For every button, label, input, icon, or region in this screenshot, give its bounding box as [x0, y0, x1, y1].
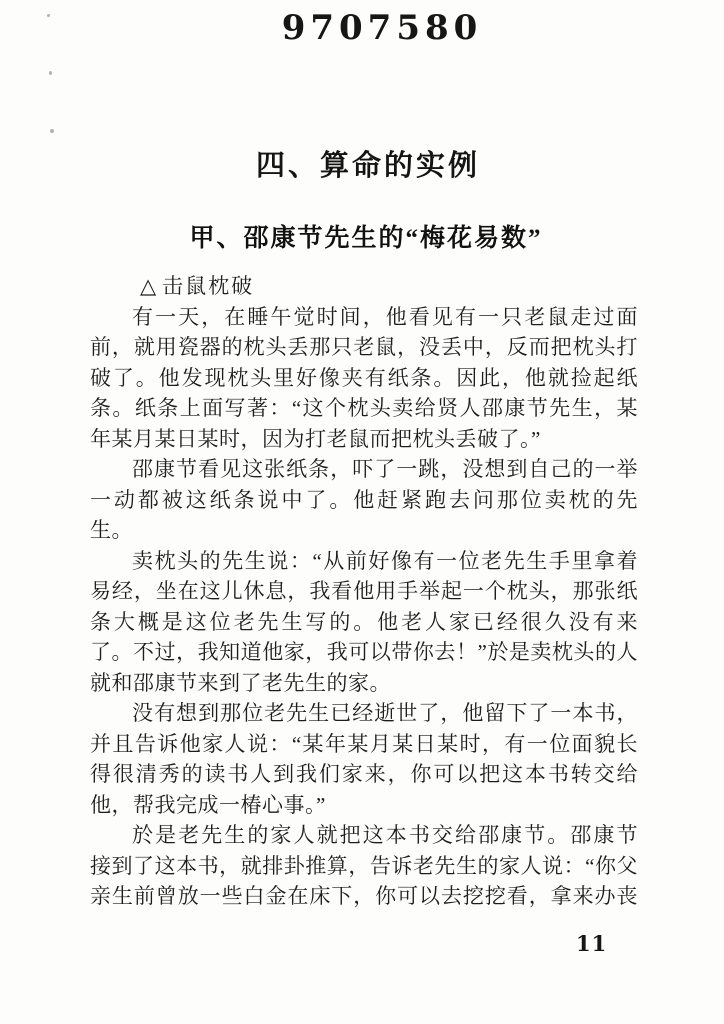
library-stamp-number: 9707580 — [0, 8, 724, 48]
paragraph: 有一天，在睡午觉时间，他看见有一只老鼠走过面前，就用瓷器的枕头丢那只老鼠，没丢中… — [90, 302, 638, 455]
text-line: 卖枕头的先生说：“从前好像有一位老先生手里拿着 — [90, 546, 638, 577]
scan-speck — [50, 129, 54, 133]
paragraph: 邵康节看见这张纸条，吓了一跳，没想到自己的一举一动都被这纸条说中了。他赶紧跑去问… — [90, 454, 638, 546]
text-line: 没有想到那位老先生已经逝世了，他留下了一本书， — [90, 698, 638, 729]
text-line: 前，就用瓷器的枕头丢那只老鼠，没丢中，反而把枕头打 — [90, 332, 638, 363]
text-line: 条大概是这位老先生写的。他老人家已经很久没有来 — [90, 607, 638, 638]
text-line: 生。 — [90, 515, 638, 546]
text-line: 邵康节看见这张纸条，吓了一跳，没想到自己的一举 — [90, 454, 638, 485]
text-line: 一动都被这纸条说中了。他赶紧跑去问那位卖枕的先 — [90, 485, 638, 516]
text-line: 接到了这本书，就排卦推算，告诉老先生的家人说：“你父 — [90, 851, 638, 882]
text-line: 条。纸条上面写著：“这个枕头卖给贤人邵康节先生，某 — [90, 393, 638, 424]
body-text-column: △击鼠枕破 有一天，在睡午觉时间，他看见有一只老鼠走过面前，就用瓷器的枕头丢那只… — [90, 271, 638, 912]
text-line: 年某月某日某时，因为打老鼠而把枕头丢破了。” — [90, 424, 638, 455]
section-title: 甲、邵康节先生的“梅花易数” — [0, 218, 724, 254]
text-line: 就和邵康节来到了老先生的家。 — [90, 668, 638, 699]
text-line: 易经，坐在这儿休息，我看他用手举起一个枕头，那张纸 — [90, 576, 638, 607]
paragraph: 卖枕头的先生说：“从前好像有一位老先生手里拿着易经，坐在这儿休息，我看他用手举起… — [90, 546, 638, 699]
page-number: 11 — [576, 931, 607, 956]
triangle-marker-icon: △ — [140, 274, 158, 298]
paragraph: 没有想到那位老先生已经逝世了，他留下了一本书，并且告诉他家人说：“某年某月某日某… — [90, 698, 638, 820]
paragraphs: 有一天，在睡午觉时间，他看见有一只老鼠走过面前，就用瓷器的枕头丢那只老鼠，没丢中… — [90, 302, 638, 912]
text-line: 有一天，在睡午觉时间，他看见有一只老鼠走过面 — [90, 302, 638, 333]
text-line: 了。不过，我知道他家，我可以带你去！”於是卖枕头的人 — [90, 637, 638, 668]
text-line: 於是老先生的家人就把这本书交给邵康节。邵康节 — [90, 820, 638, 851]
subsection-heading: △击鼠枕破 — [90, 271, 638, 302]
scan-speck — [49, 71, 52, 75]
text-line: 并且告诉他家人说：“某年某月某日某时，有一位面貌长 — [90, 729, 638, 760]
text-line: 破了。他发现枕头里好像夹有纸条。因此，他就捡起纸 — [90, 363, 638, 394]
scanned-book-page: 9707580 四、算命的实例 甲、邵康节先生的“梅花易数” △击鼠枕破 有一天… — [0, 0, 724, 1024]
text-line: 亲生前曾放一些白金在床下，你可以去挖挖看，拿来办丧 — [90, 881, 638, 912]
paragraph: 於是老先生的家人就把这本书交给邵康节。邵康节接到了这本书，就排卦推算，告诉老先生… — [90, 820, 638, 912]
text-line: 他，帮我完成一椿心事。” — [90, 790, 638, 821]
text-line: 得很清秀的读书人到我们家来，你可以把这本书转交给 — [90, 759, 638, 790]
chapter-title: 四、算命的实例 — [0, 143, 724, 184]
scan-speck — [47, 14, 50, 17]
subsection-title: 击鼠枕破 — [162, 274, 254, 298]
